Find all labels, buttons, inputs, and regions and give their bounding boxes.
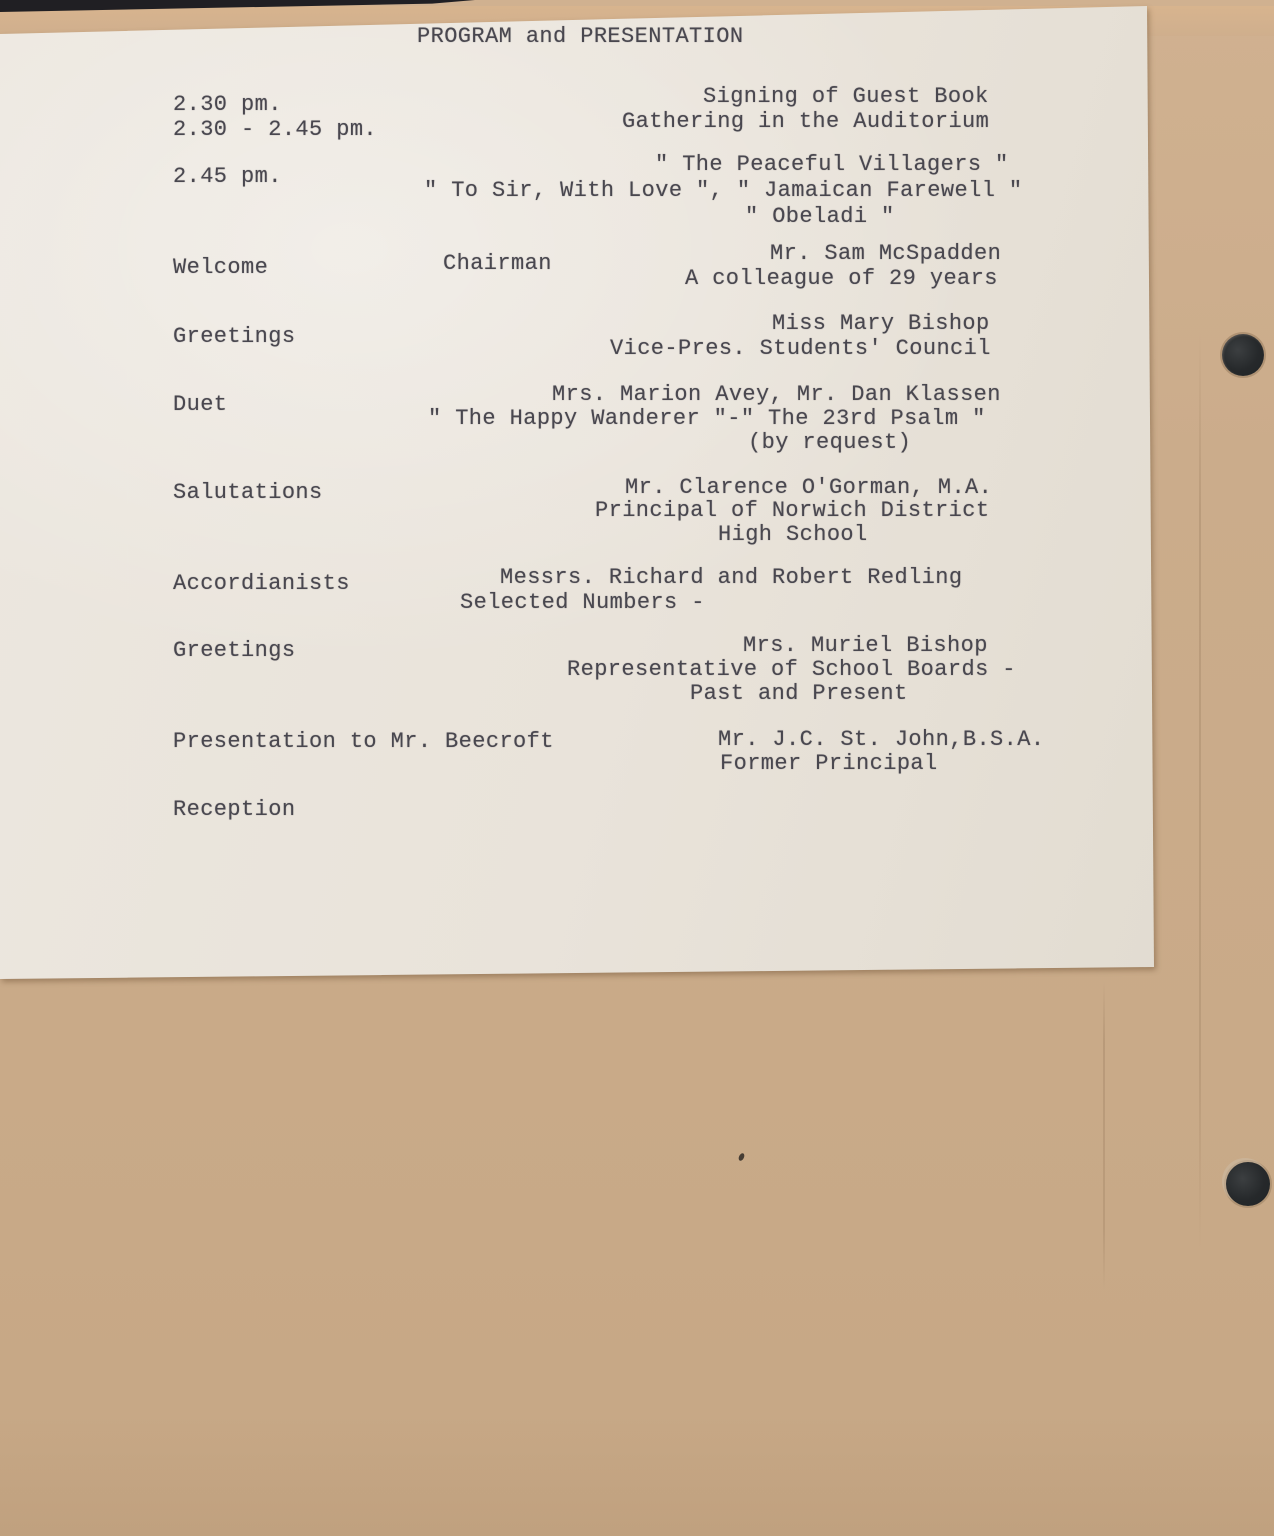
board-crease (1199, 330, 1201, 1250)
ink-speck (738, 1152, 746, 1161)
typed-program-sheet (0, 0, 1170, 995)
board-crease (1103, 980, 1105, 1290)
board-bottom-shade (0, 1416, 1274, 1536)
typed-program-sheet-wrap (0, 0, 1170, 995)
scrapbook-page: PROGRAM and PRESENTATION2.30 pm.2.30 - 2… (0, 0, 1274, 1536)
binder-hole (1226, 1162, 1270, 1206)
binder-hole (1222, 334, 1264, 376)
